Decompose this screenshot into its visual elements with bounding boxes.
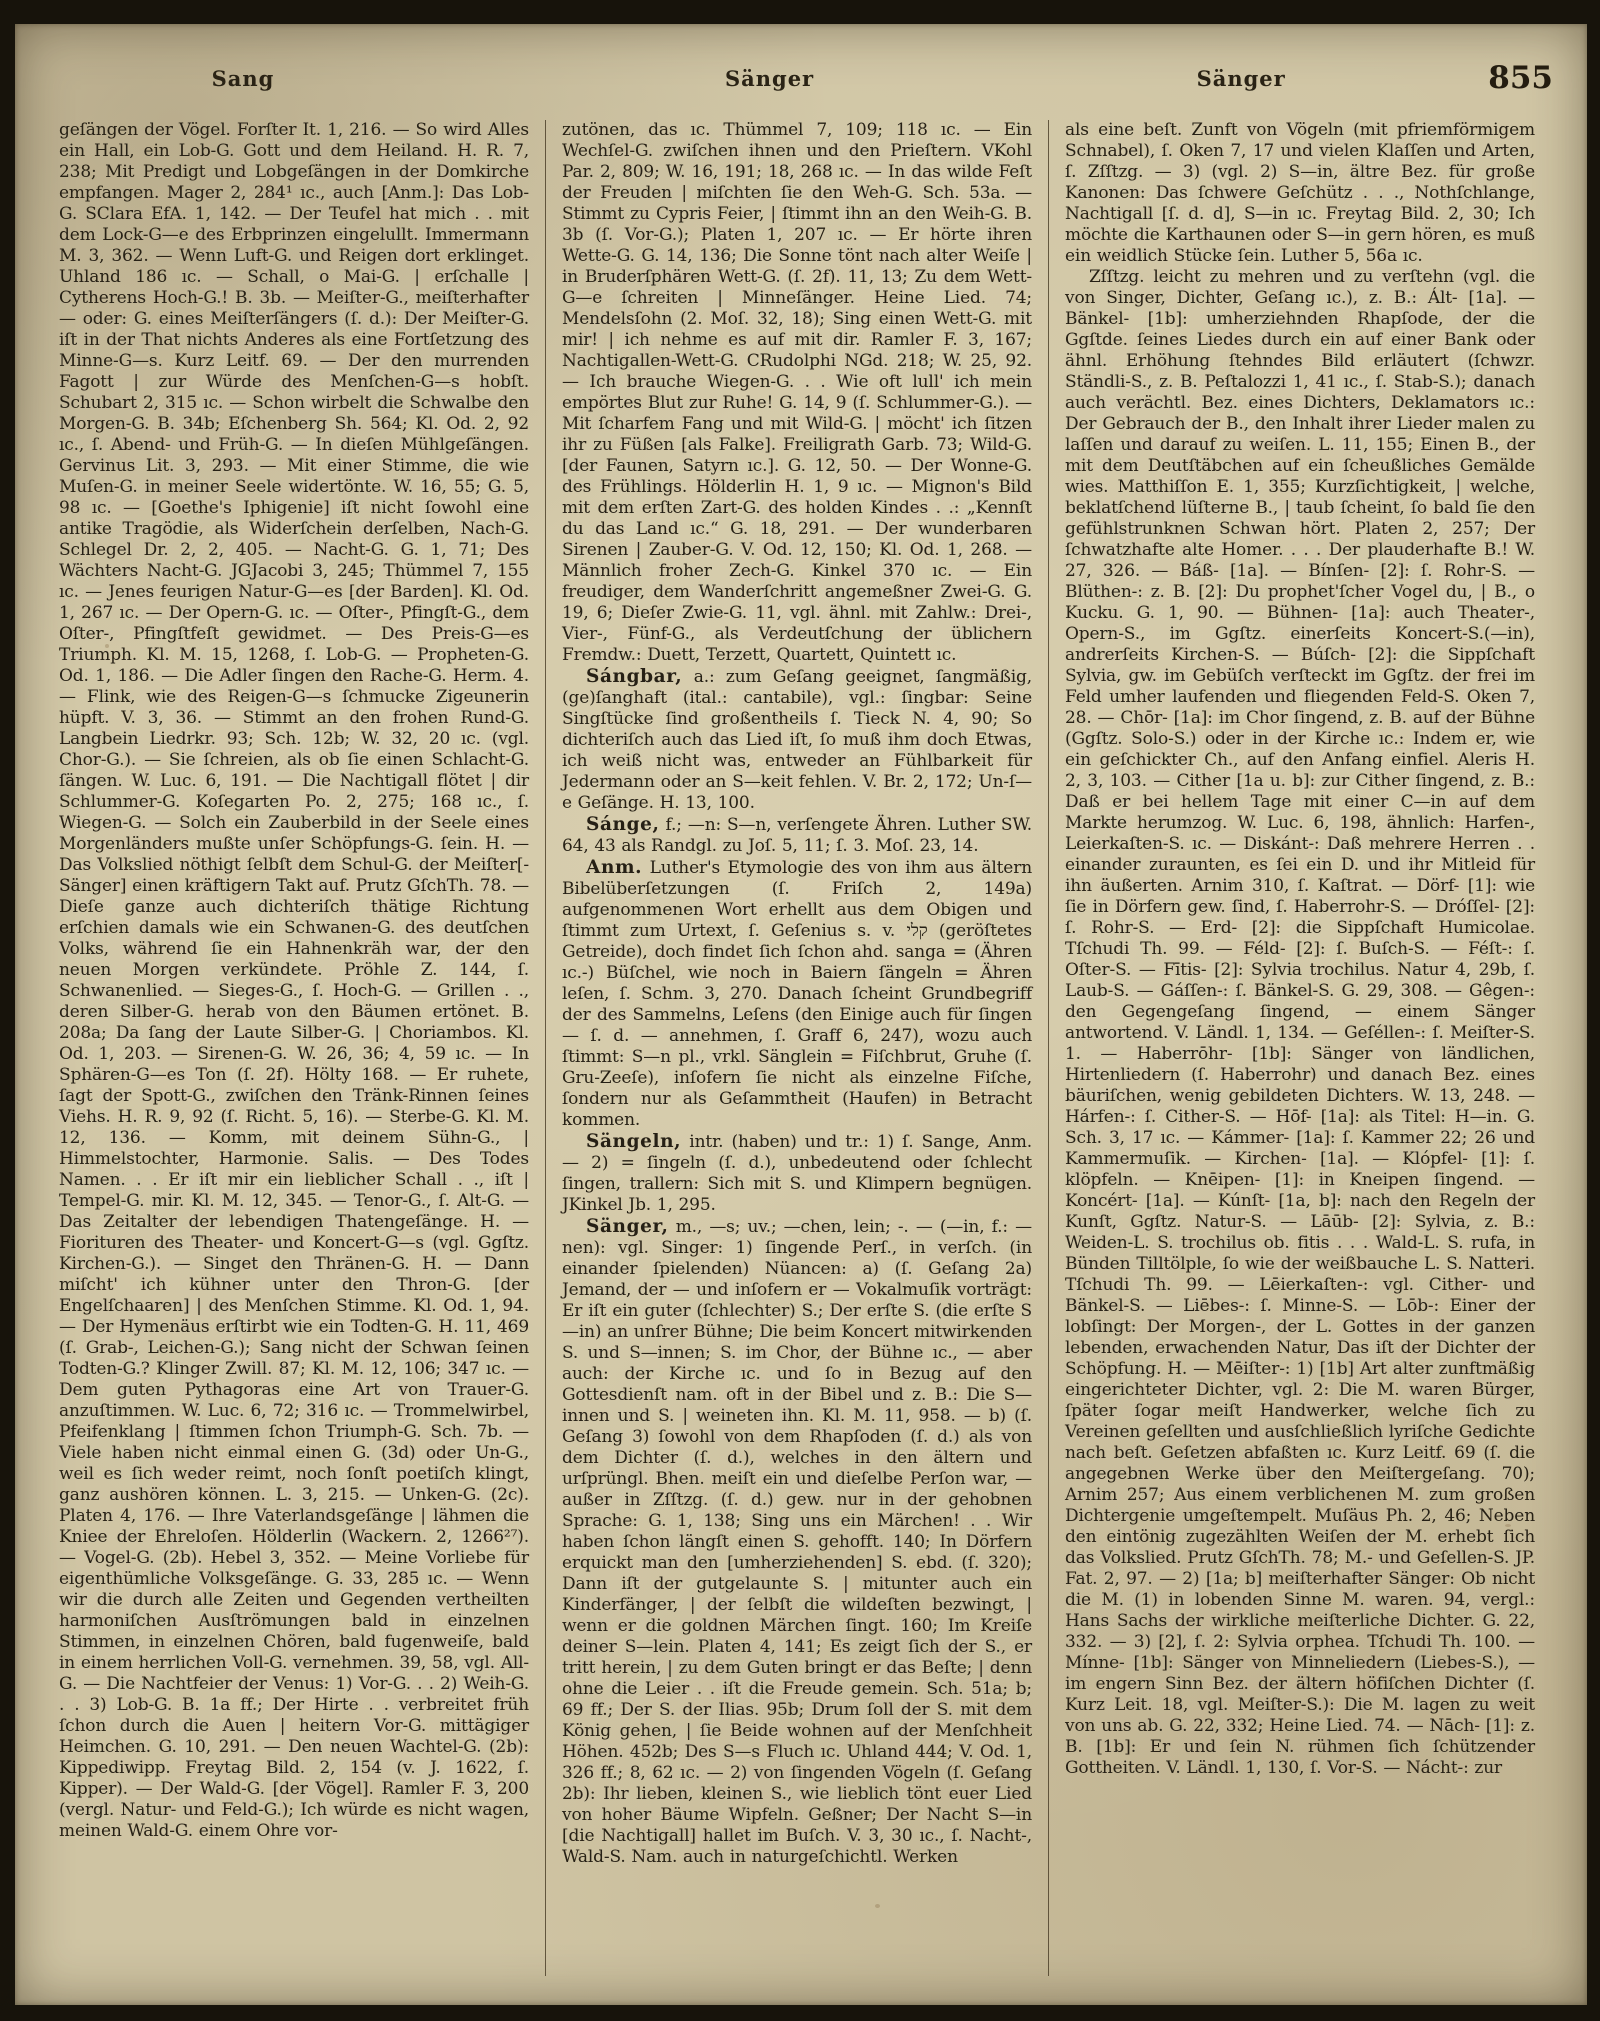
entry-headword: Sängeln, [586,1131,681,1152]
text-columns: geſängen der Vögel. Forſter It. 1, 216. … [43,120,1551,1976]
dictionary-paragraph: zutönen, das ıc. Thümmel 7, 109; 118 ıc.… [562,120,1032,666]
dictionary-paragraph: Sänger, m., —s; uv.; —chen, lein; -. — (… [562,1216,1032,1868]
dictionary-paragraph: Sängeln, intr. (haben) und tr.: 1) ſ. Sa… [562,1131,1032,1216]
dictionary-paragraph: Anm. Luther's Etymologie des von ihm aus… [562,857,1032,1131]
scanned-book-page: Sang Sänger Sänger 855 geſängen der Vöge… [0,0,1600,2021]
running-head-right: Sänger [1053,66,1430,91]
paper: Sang Sänger Sänger 855 geſängen der Vöge… [15,24,1587,2005]
dictionary-paragraph: Sángbar, a.: zum Geſang geeignet, ſangmä… [562,666,1032,814]
dictionary-paragraph: Sánge, f.; —n: S—n, verſengete Ähren. Lu… [562,814,1032,857]
dictionary-paragraph: geſängen der Vögel. Forſter It. 1, 216. … [59,120,529,1842]
dictionary-paragraph: als eine beſt. Zunft von Vögeln (mit pfr… [1065,120,1535,267]
running-head-left: Sang [15,66,471,91]
text-column-1: geſängen der Vögel. Forſter It. 1, 216. … [43,120,545,1976]
running-head-center: Sänger [534,66,1006,91]
dictionary-paragraph: Zſſtzg. leicht zu mehren und zu verſtehn… [1065,267,1535,1779]
page-number: 855 [1488,60,1553,96]
entry-headword: Sángbar, [586,666,682,687]
page-header: Sang Sänger Sänger 855 [15,60,1587,106]
entry-headword: Anm. [586,857,642,878]
entry-headword: Sänger, [586,1216,669,1237]
text-column-3: als eine beſt. Zunft von Vögeln (mit pfr… [1048,120,1551,1976]
text-column-2: zutönen, das ıc. Thümmel 7, 109; 118 ıc.… [545,120,1048,1976]
entry-headword: Sánge, [586,814,660,835]
